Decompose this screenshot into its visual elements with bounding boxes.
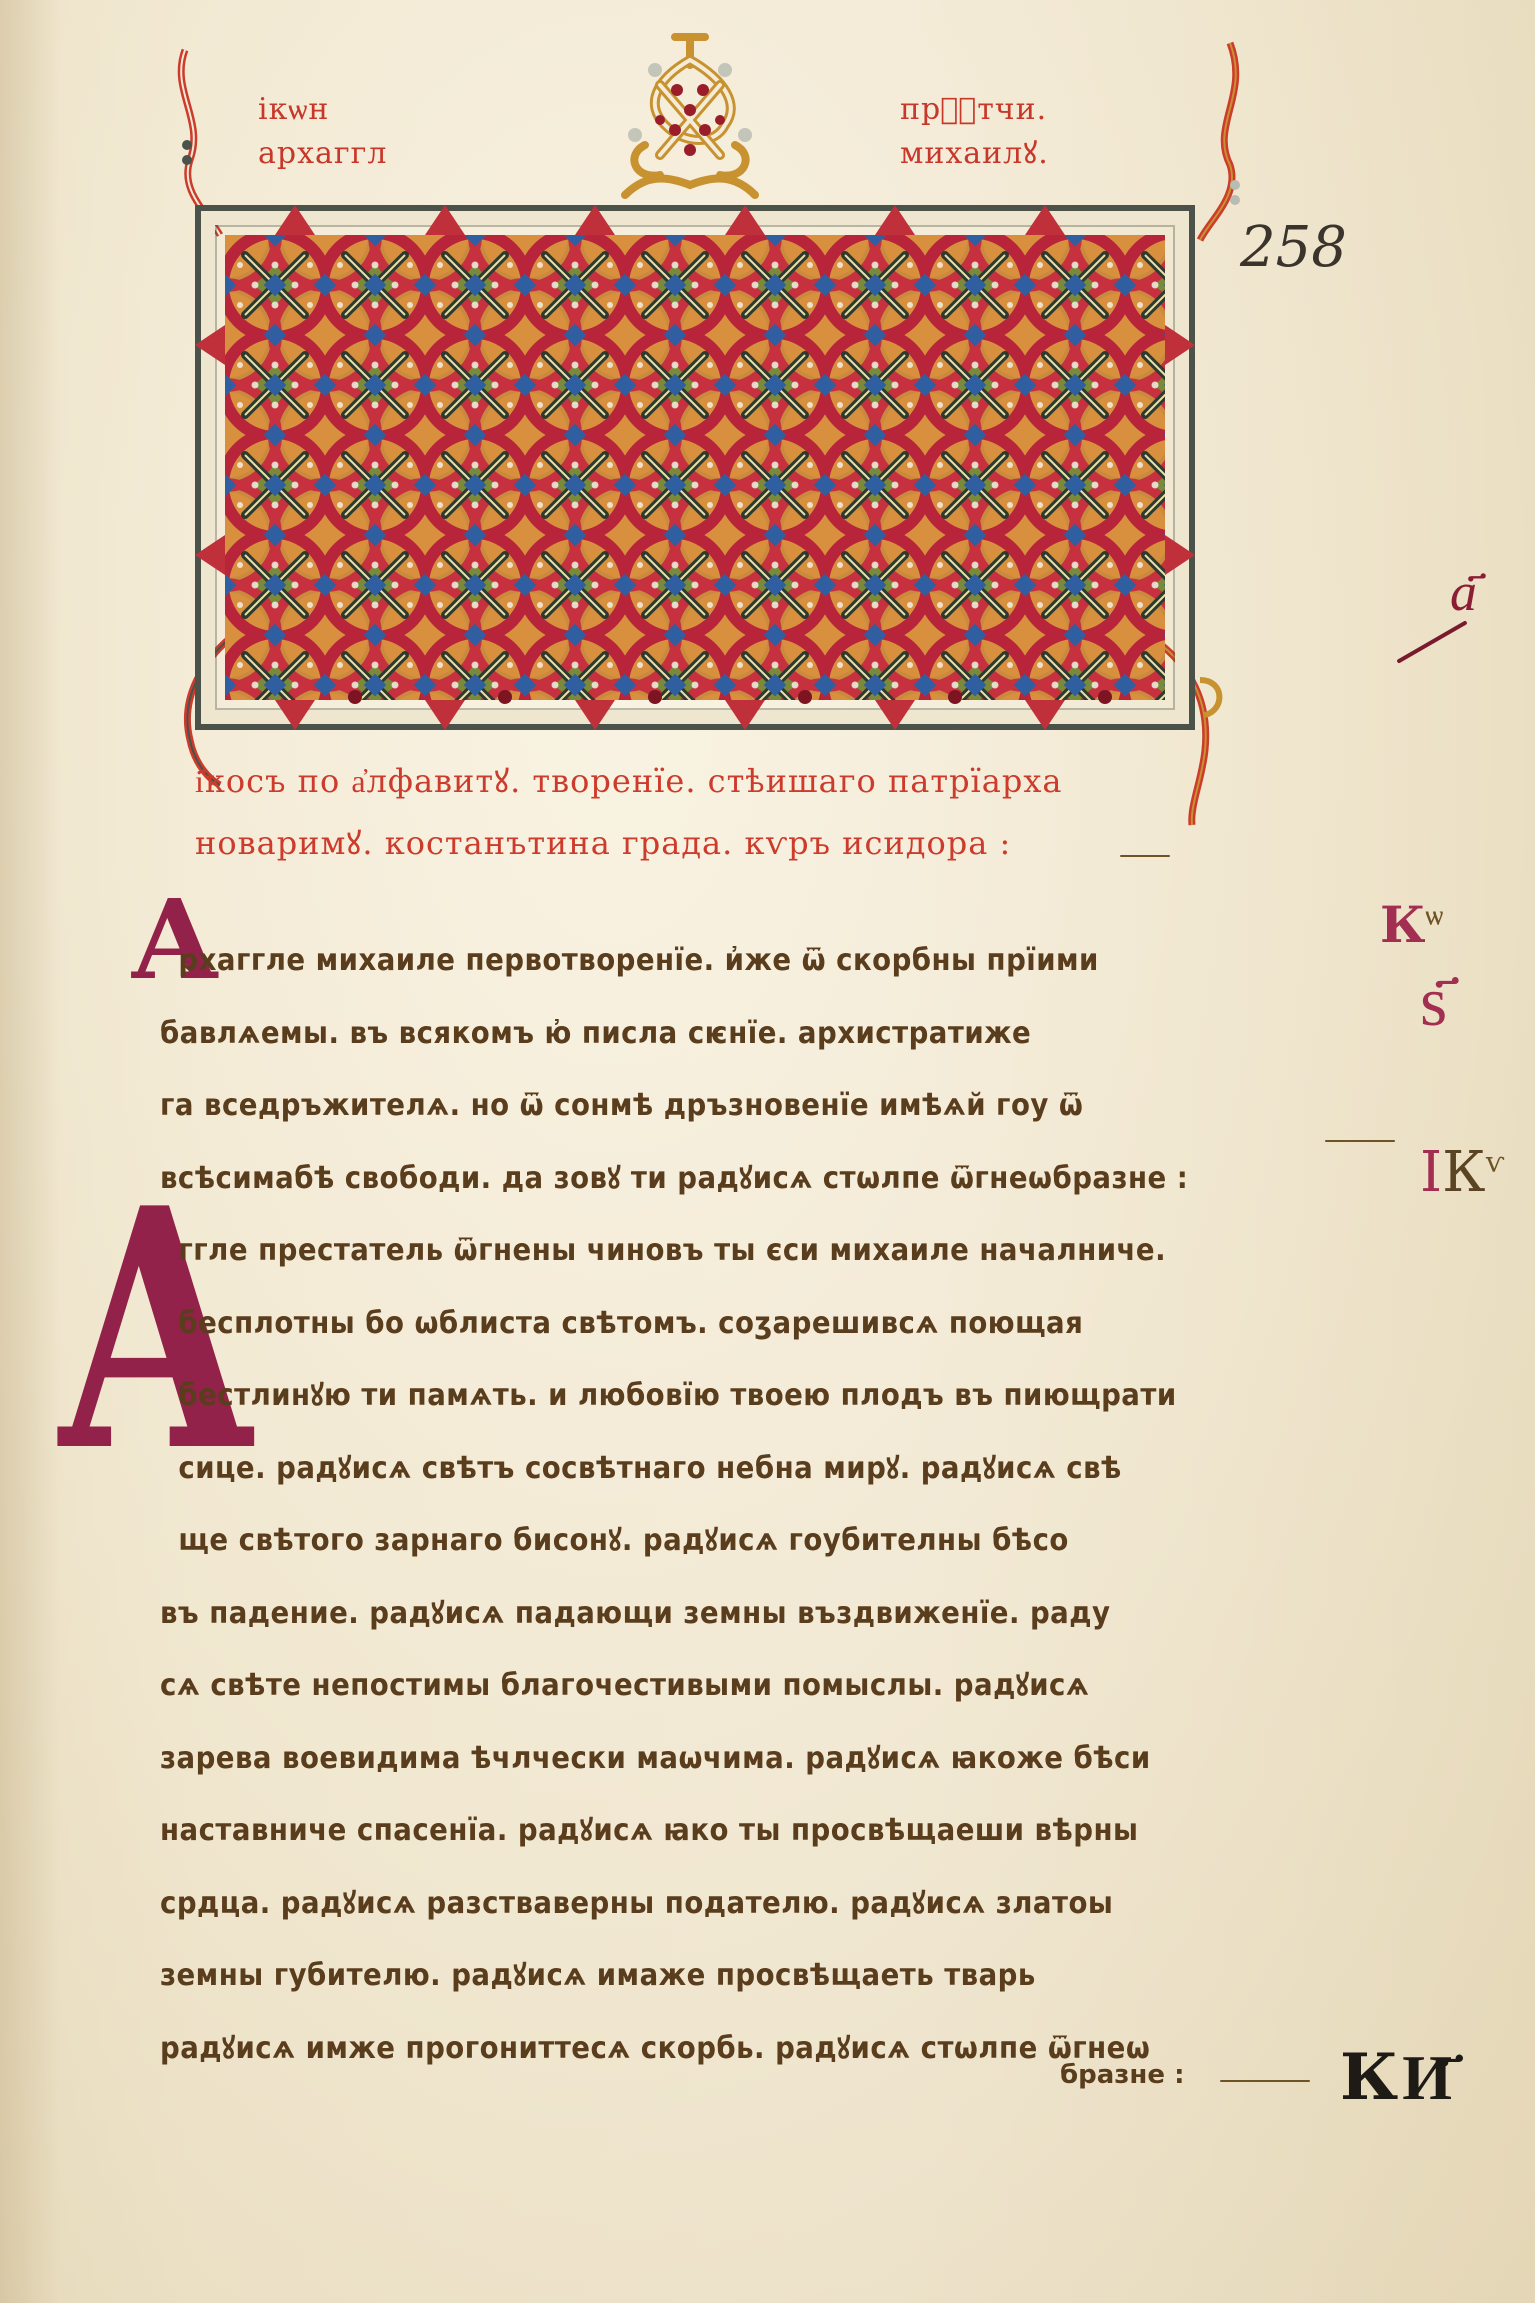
interlace-headpiece-ornament (195, 205, 1195, 730)
caption-line: архаггл (258, 132, 387, 176)
header-caption-left: ікѡн архаггл (258, 88, 387, 176)
margin-kw-superscript: ѡ (1425, 898, 1443, 931)
margin-ik-k: К (1442, 1140, 1485, 1205)
text-line: бавлѧемы. въ всякомъ ю҆ писла сѥнїе. арх… (160, 998, 1218, 1071)
text-line: сѧ свѣте непостимы благочестивыми помысл… (160, 1650, 1218, 1723)
line-end-flourish (1120, 855, 1170, 857)
text-line: наставниче спасенїа. радꙋисѧ ꙗко ты прос… (160, 1795, 1218, 1868)
margin-ik-superscript: ѵ (1485, 1145, 1504, 1178)
text-line: га вседръжителѧ. но ѿ сонмѣ дръзновенїе … (160, 1070, 1218, 1143)
caption-line: михаилꙋ. (900, 132, 1049, 176)
knotwork-finial-icon (615, 25, 765, 205)
folio-number: 258 (1240, 215, 1347, 280)
rubric-line: і҆косъ по а҆лфавитꙋ. творенїе. стѣишаго … (195, 750, 1062, 812)
margin-mark-a: а҃ (1450, 560, 1477, 623)
final-word: бразне : (1060, 2060, 1184, 2090)
caption-line: прⷭ҇тчи. (900, 88, 1049, 132)
text-line: срдца. радꙋисѧ разстваверны подателю. ра… (160, 1868, 1218, 1941)
margin-ik-letter: І (1420, 1140, 1442, 1205)
text-line: земны губителю. радꙋисѧ имаже просвѣщает… (160, 1940, 1218, 2013)
text-line: въ падение. радꙋисѧ падающи земны въздви… (160, 1578, 1218, 1651)
line-end-flourish (1325, 1140, 1395, 1142)
rubric-title: і҆косъ по а҆лфавитꙋ. творенїе. стѣишаго … (195, 750, 1062, 874)
line-end-flourish (1220, 2080, 1310, 2082)
main-text-block: рхаггле михаиле первотворенїе. и҆же ѿ ск… (160, 925, 1310, 2085)
header-caption-right: прⷭ҇тчи. михаилꙋ. (900, 88, 1049, 176)
text-line: сице. радꙋисѧ свѣтъ сосвѣтнаго небна мир… (160, 1433, 1218, 1506)
text-line: зарева воевидима ѣчлчески маѡчима. радꙋи… (160, 1723, 1218, 1796)
margin-kw-letter: К (1380, 895, 1425, 954)
text-line: бесплотны бо ѡблиста свѣтомъ. соӡарешивс… (160, 1288, 1218, 1361)
gutter-shadow (0, 0, 60, 2303)
text-line: бестлинꙋю ти памѧть. и любовїю твоею пло… (160, 1360, 1218, 1433)
caption-line: ікѡн (258, 88, 387, 132)
text-line: всѣсимабѣ свободи. да зовꙋ ти радꙋисѧ ст… (160, 1143, 1218, 1216)
text-line: ще свѣтого зарнаго бисонꙋ. радꙋисѧ гоуби… (160, 1505, 1218, 1578)
margin-number-kh: КИ҃ (1340, 2040, 1456, 2115)
text-line: рхаггле михаиле первотворенїе. и҆же ѿ ск… (160, 925, 1218, 998)
text-line: ггле престатель ѿгнены чиновъ ты єси мих… (160, 1215, 1218, 1288)
headpiece-zigzag-border-icon (195, 205, 1195, 730)
margin-mark-ik: ІКѵ (1420, 1140, 1504, 1205)
rubric-line: новаримꙋ. костанътина града. кѵръ исидор… (195, 812, 1062, 874)
margin-mark-kw: Кѡ (1380, 895, 1443, 954)
margin-mark-s: ѕ҃ (1420, 960, 1447, 1043)
